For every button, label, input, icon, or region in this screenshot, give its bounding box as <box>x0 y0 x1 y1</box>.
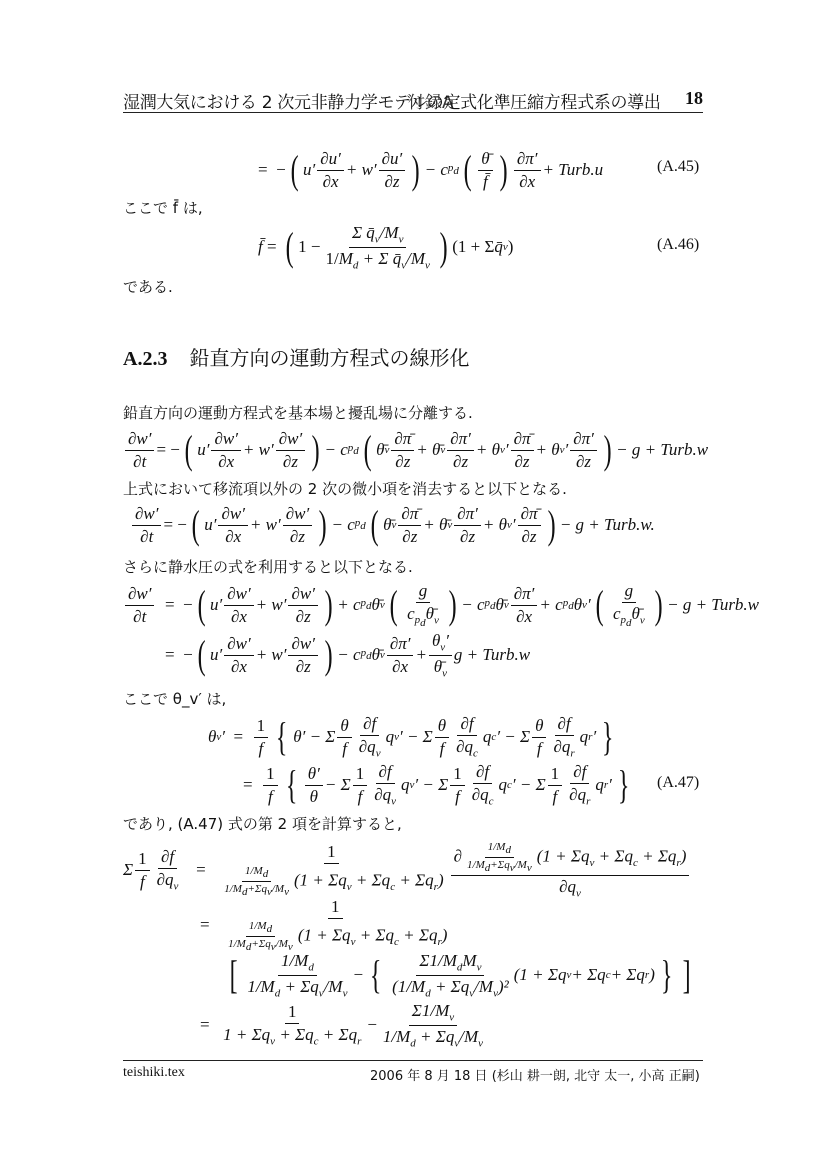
equation-sum-line3: = 11 + Σqv + Σqc + Σqr − Σ1/Mv1/Md + Σqv… <box>200 1000 488 1050</box>
footer-rule <box>123 1060 703 1061</box>
equation-w-hydro-1: ∂w′∂t = −(u′∂w′∂x+ w′∂w′∂z) + cpdθ̄v(gcp… <box>123 580 759 630</box>
header-rule <box>123 112 703 113</box>
equation-sum-line2a: = 11/Md1/Md+Σqv/Mv(1 + Σqv + Σqc + Σqr) <box>200 900 452 950</box>
section-title: 鉛直方向の運動方程式の線形化 <box>189 346 469 370</box>
equation-a47-line1: θv′ = 1f{θ′ − Σθf∂f∂qvqv′ − Σθf∂f∂qcqc′ … <box>208 712 619 762</box>
equation-a47-line2: = 1f{θ′θ − Σ1f∂f∂qvqv′ − Σ1f∂f∂qcqc′ − Σ… <box>243 760 635 810</box>
equation-label: (A.45) <box>657 158 699 176</box>
paragraph: さらに静水圧の式を利用すると以下となる. <box>123 556 413 577</box>
equation-sum-line1: Σ1f∂f∂qv = 11/Md1/Md+Σqv/Mv(1 + Σqv + Σq… <box>123 840 691 900</box>
paragraph: 上式において移流項以外の 2 次の微小項を消去すると以下となる. <box>123 478 567 499</box>
equation-w-linear: ∂w′∂t= −(u′∂w′∂x+ w′∂w′∂z) − cpd(θ̄v∂π̄∂… <box>130 500 655 550</box>
paragraph: ここで θ_v′ は, <box>123 688 226 709</box>
equation-sum-line2b: [1/Md1/Md + Σqv/Mv − {Σ1/MdMv(1/Md + Σqv… <box>225 950 695 1000</box>
footer-date-authors: 2006 年 8 月 18 日 (杉山 耕一朗, 北守 太一, 小高 正嗣) <box>370 1065 700 1084</box>
paragraph: であり, (A.47) 式の第 2 項を計算すると, <box>123 813 402 834</box>
equation-label: (A.46) <box>657 236 699 254</box>
section-number: A.2.3 <box>123 348 167 370</box>
running-header: 湿潤大気における 2 次元非静力学モデルの定式化準圧縮方程式系の導出 付録A 1… <box>123 88 703 112</box>
header-overlay-text: 付録A <box>408 88 454 113</box>
section-heading: A.2.3鉛直方向の運動方程式の線形化 <box>123 342 469 371</box>
equation-w-hydro-2: = −(u′∂w′∂x+ w′∂w′∂z) − cpdθ̄v∂π′∂x+θv′θ… <box>165 630 530 680</box>
equation-a46: f̄ = (1 −Σ q̄v/Mv1/Md + Σ q̄v/Mv)(1 + Σ … <box>258 222 513 272</box>
equation-a45: = −(u′∂u′∂x+ w′∂u′∂z) − cpd(θ̄f̄)∂π′∂x +… <box>258 145 603 195</box>
paragraph: 鉛直方向の運動方程式を基本場と擾乱場に分離する. <box>123 402 473 423</box>
footer-filename: teishiki.tex <box>123 1065 185 1081</box>
equation-w-full: ∂w′∂t= −(u′∂w′∂x+ w′∂w′∂z) − cpd(θ̄v∂π̄∂… <box>123 425 708 475</box>
paragraph: である. <box>123 276 173 297</box>
paragraph: ここで f̄ は, <box>123 197 203 218</box>
equation-label: (A.47) <box>657 774 699 792</box>
page-number: 18 <box>685 88 703 109</box>
header-title: 湿潤大気における 2 次元非静力学モデルの定式化準圧縮方程式系の導出 <box>123 88 661 113</box>
